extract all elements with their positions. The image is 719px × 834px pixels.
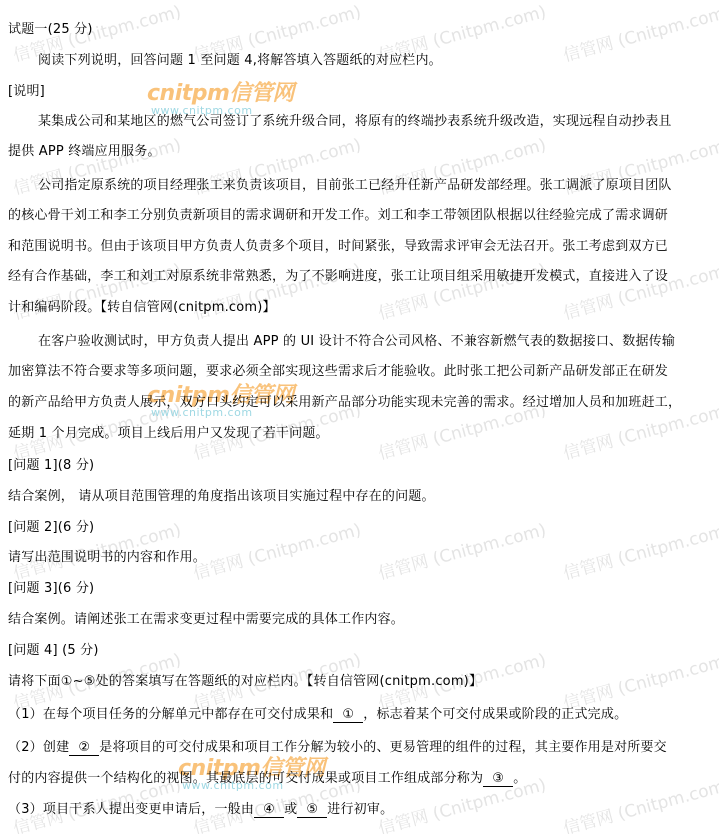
answer-blank-2: ② <box>69 741 99 756</box>
exam-page: 信管网 (Cnitpm.com) 信管网 (Cnitpm.com) 信管网 (C… <box>0 0 719 834</box>
paragraph-line: 公司指定原系统的项目经理张工来负责该项目，目前张工已经升任新产品研发部经理。张工… <box>38 178 672 194</box>
fill-text: 付的内容提供一个结构化的视图。其最底层的可交付成果或项目工作组成部分称为 <box>8 771 483 786</box>
question-text: 结合案例， 请从项目范围管理的角度指出该项目实施过程中存在的问题。 <box>8 489 435 505</box>
description-label: [说明] <box>8 84 45 100</box>
paragraph-line: 加密算法不符合要求等多项问题，要求必须全部实现这些需求后才能验收。此时张工把公司… <box>8 364 668 380</box>
paragraph-line: 经有合作基础，李工和刘工对原系统非常熟悉，为了不影响进度，张工让项目组采用敏捷开… <box>8 269 668 285</box>
fill-text: （2）创建 <box>8 740 69 755</box>
fill-item-2-cont: 付的内容提供一个结构化的视图。其最底层的可交付成果或项目工作组成部分称为③。 <box>8 771 526 787</box>
answer-blank-4: ④ <box>254 803 284 818</box>
paragraph-line: 计和编码阶段。【转自信管网(cnitpm.com)】 <box>8 300 276 316</box>
fill-item-2: （2）创建②是将项目的可交付成果和项目工作分解为较小的、更易管理的组件的过程，其… <box>8 740 667 756</box>
question-text: 请将下面①~⑤处的答案填写在答题纸的对应栏内。【转自信管网(cnitpm.com… <box>8 674 482 690</box>
paragraph-line: 在客户验收测试时，甲方负责人提出 APP 的 UI 设计不符合公司风格、不兼容新… <box>38 334 675 350</box>
exam-intro: 阅读下列说明，回答问题 1 至问题 4,将解答填入答题纸的对应栏内。 <box>38 53 442 69</box>
paragraph-line: 延期 1 个月完成。项目上线后用户又发现了若干问题。 <box>8 426 329 442</box>
fill-text: 进行初审。 <box>327 802 393 817</box>
exam-content: 试题一(25 分) 阅读下列说明，回答问题 1 至问题 4,将解答填入答题纸的对… <box>0 0 719 834</box>
answer-blank-5: ⑤ <box>297 803 327 818</box>
answer-blank-1: ① <box>333 708 363 723</box>
paragraph-line: 的核心骨干刘工和李工分别负责新项目的需求调研和开发工作。刘工和李工带领团队根据以… <box>8 208 668 224</box>
question-label: [问题 2](6 分) <box>8 520 94 536</box>
question-label: [问题 1](8 分) <box>8 458 94 474</box>
paragraph-line: 和范围说明书。但由于该项目甲方负责人负责多个项目，时间紧张，导致需求评审会无法召… <box>8 239 668 255</box>
exam-title: 试题一(25 分) <box>8 22 93 38</box>
question-label: [问题 3](6 分) <box>8 581 94 597</box>
question-label: [问题 4] (5 分) <box>8 643 99 659</box>
question-text: 请写出范围说明书的内容和作用。 <box>8 550 206 566</box>
question-text: 结合案例。请阐述张工在需求变更过程中需要完成的具体工作内容。 <box>8 612 404 628</box>
fill-text: （3）项目干系人提出变更申请后，一般由 <box>8 802 254 817</box>
paragraph-line: 的新产品给甲方负责人展示，双方口头约定可以采用新产品部分功能实现未完善的需求。经… <box>8 395 681 411</box>
paragraph-line: 提供 APP 终端应用服务。 <box>8 144 161 160</box>
answer-blank-3: ③ <box>483 772 513 787</box>
fill-item-1: （1）在每个项目任务的分解单元中都存在可交付成果和①，标志着某个可交付成果或阶段… <box>8 707 627 723</box>
paragraph-line: 某集成公司和某地区的燃气公司签订了系统升级合同，将原有的终端抄表系统升级改造，实… <box>38 114 672 130</box>
fill-text: ，标志着某个可交付成果或阶段的正式完成。 <box>363 707 627 722</box>
fill-item-3: （3）项目干系人提出变更申请后，一般由④或⑤进行初审。 <box>8 802 393 818</box>
fill-text: 是将项目的可交付成果和项目工作分解为较小的、更易管理的组件的过程，其主要作用是对… <box>99 740 667 755</box>
fill-text: 。 <box>513 771 526 786</box>
fill-text: 或 <box>284 802 297 817</box>
fill-text: （1）在每个项目任务的分解单元中都存在可交付成果和 <box>8 707 333 722</box>
